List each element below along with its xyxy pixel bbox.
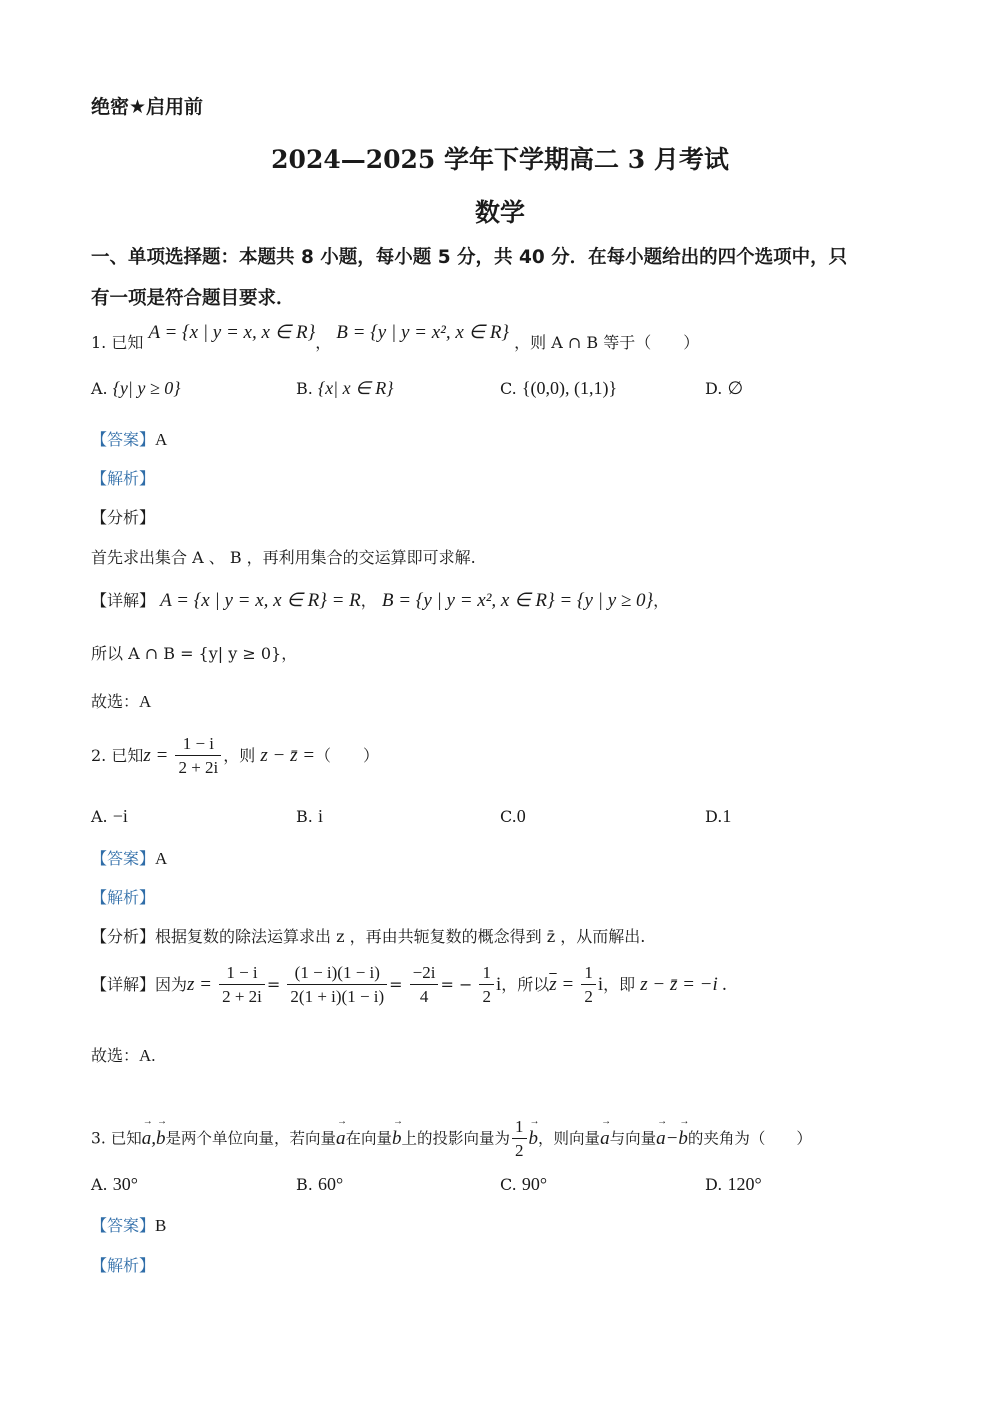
q3-option-a: A. 30° [91,1174,138,1195]
q2-analysis-tag: 【解析】 [91,885,155,908]
fraction: 1 − i2 + 2i [175,733,221,780]
q2-fenxi: 【分析】根据复数的除法运算求出 z ，再由共轭复数的概念得到 z̄ ，从而解出. [91,924,645,947]
q2-option-d: D.1 [705,806,731,827]
q3-option-d: D. 120° [705,1174,762,1195]
q1-option-c: C. {(0,0), (1,1)} [500,378,617,399]
q1-detail: 【详解】 A = {x | y = x, x ∈ R} = R， B = {y … [91,588,669,612]
q1-option-b: B. {x| x ∈ R} [296,378,393,399]
stem-suffix: ，则 A ∩ B 等于（ ） [514,333,699,352]
q2-choose: 故选：A. [91,1043,156,1066]
exam-title: 2024—2025 学年下学期高二 3 月考试 [0,140,1000,176]
q1-fenxi-text: 首先求出集合 A 、 B ，再利用集合的交运算即可求解. [91,545,476,568]
q1-detail-line2: 所以 A ∩ B = {y| y ≥ 0}， [91,641,297,664]
q2-option-b: B. i [296,806,323,827]
question-1-stem: 1. 已知 A = {x | y = x, x ∈ R}， B = {y | y… [91,330,699,354]
q3-answer: 【答案】B [91,1213,166,1236]
q3-analysis-tag: 【解析】 [91,1253,155,1276]
answer-tag: 【答案】 [91,430,155,449]
set-b-expression: B = {y | y = x², x ∈ R} [336,322,509,343]
q1-choose: 故选：A [91,689,151,712]
q2-answer: 【答案】A [91,846,167,869]
question-2-stem: 2. 已知z = 1 − i2 + 2i，则 z − z̄ =（ ） [91,733,379,780]
q1-option-d: D. ∅ [705,378,743,399]
q2-option-a: A. −i [91,806,128,827]
section-heading-line2: 有一项是符合题目要求． [91,284,295,310]
detail-tag: 【详解】 [91,591,155,610]
stem-text: 已知 [111,333,143,352]
answer-value: A [155,430,167,449]
q1-answer: 【答案】A [91,427,167,450]
q2-detail: 【详解】因为z = 1 − i2 + 2i= (1 − i)(1 − i)2(1… [91,962,727,1009]
q2-option-c: C.0 [500,806,526,827]
subject-title: 数学 [0,193,1000,229]
detail-expr-a: A = {x | y = x, x ∈ R} = R [160,590,361,611]
q1-fenxi-tag: 【分析】 [91,505,155,528]
q3-option-b: B. 60° [296,1174,343,1195]
section-heading-line1: 一、单项选择题：本题共 8 小题，每小题 5 分，共 40 分．在每小题给出的四… [91,243,847,269]
detail-expr-b: B = {y | y = x², x ∈ R} = {y | y ≥ 0} [382,590,653,611]
q1-analysis-tag: 【解析】 [91,466,155,489]
q1-option-a: A. {y| y ≥ 0} [91,378,180,399]
confidential-label: 绝密★启用前 [91,92,203,119]
q3-option-c: C. 90° [500,1174,547,1195]
question-3-stem: 3. 已知a,b是两个单位向量，若向量a在向量b上的投影向量为12b，则向量a与… [91,1116,812,1163]
question-number: 1. [91,333,106,352]
set-a-expression: A = {x | y = x, x ∈ R} [148,322,315,343]
